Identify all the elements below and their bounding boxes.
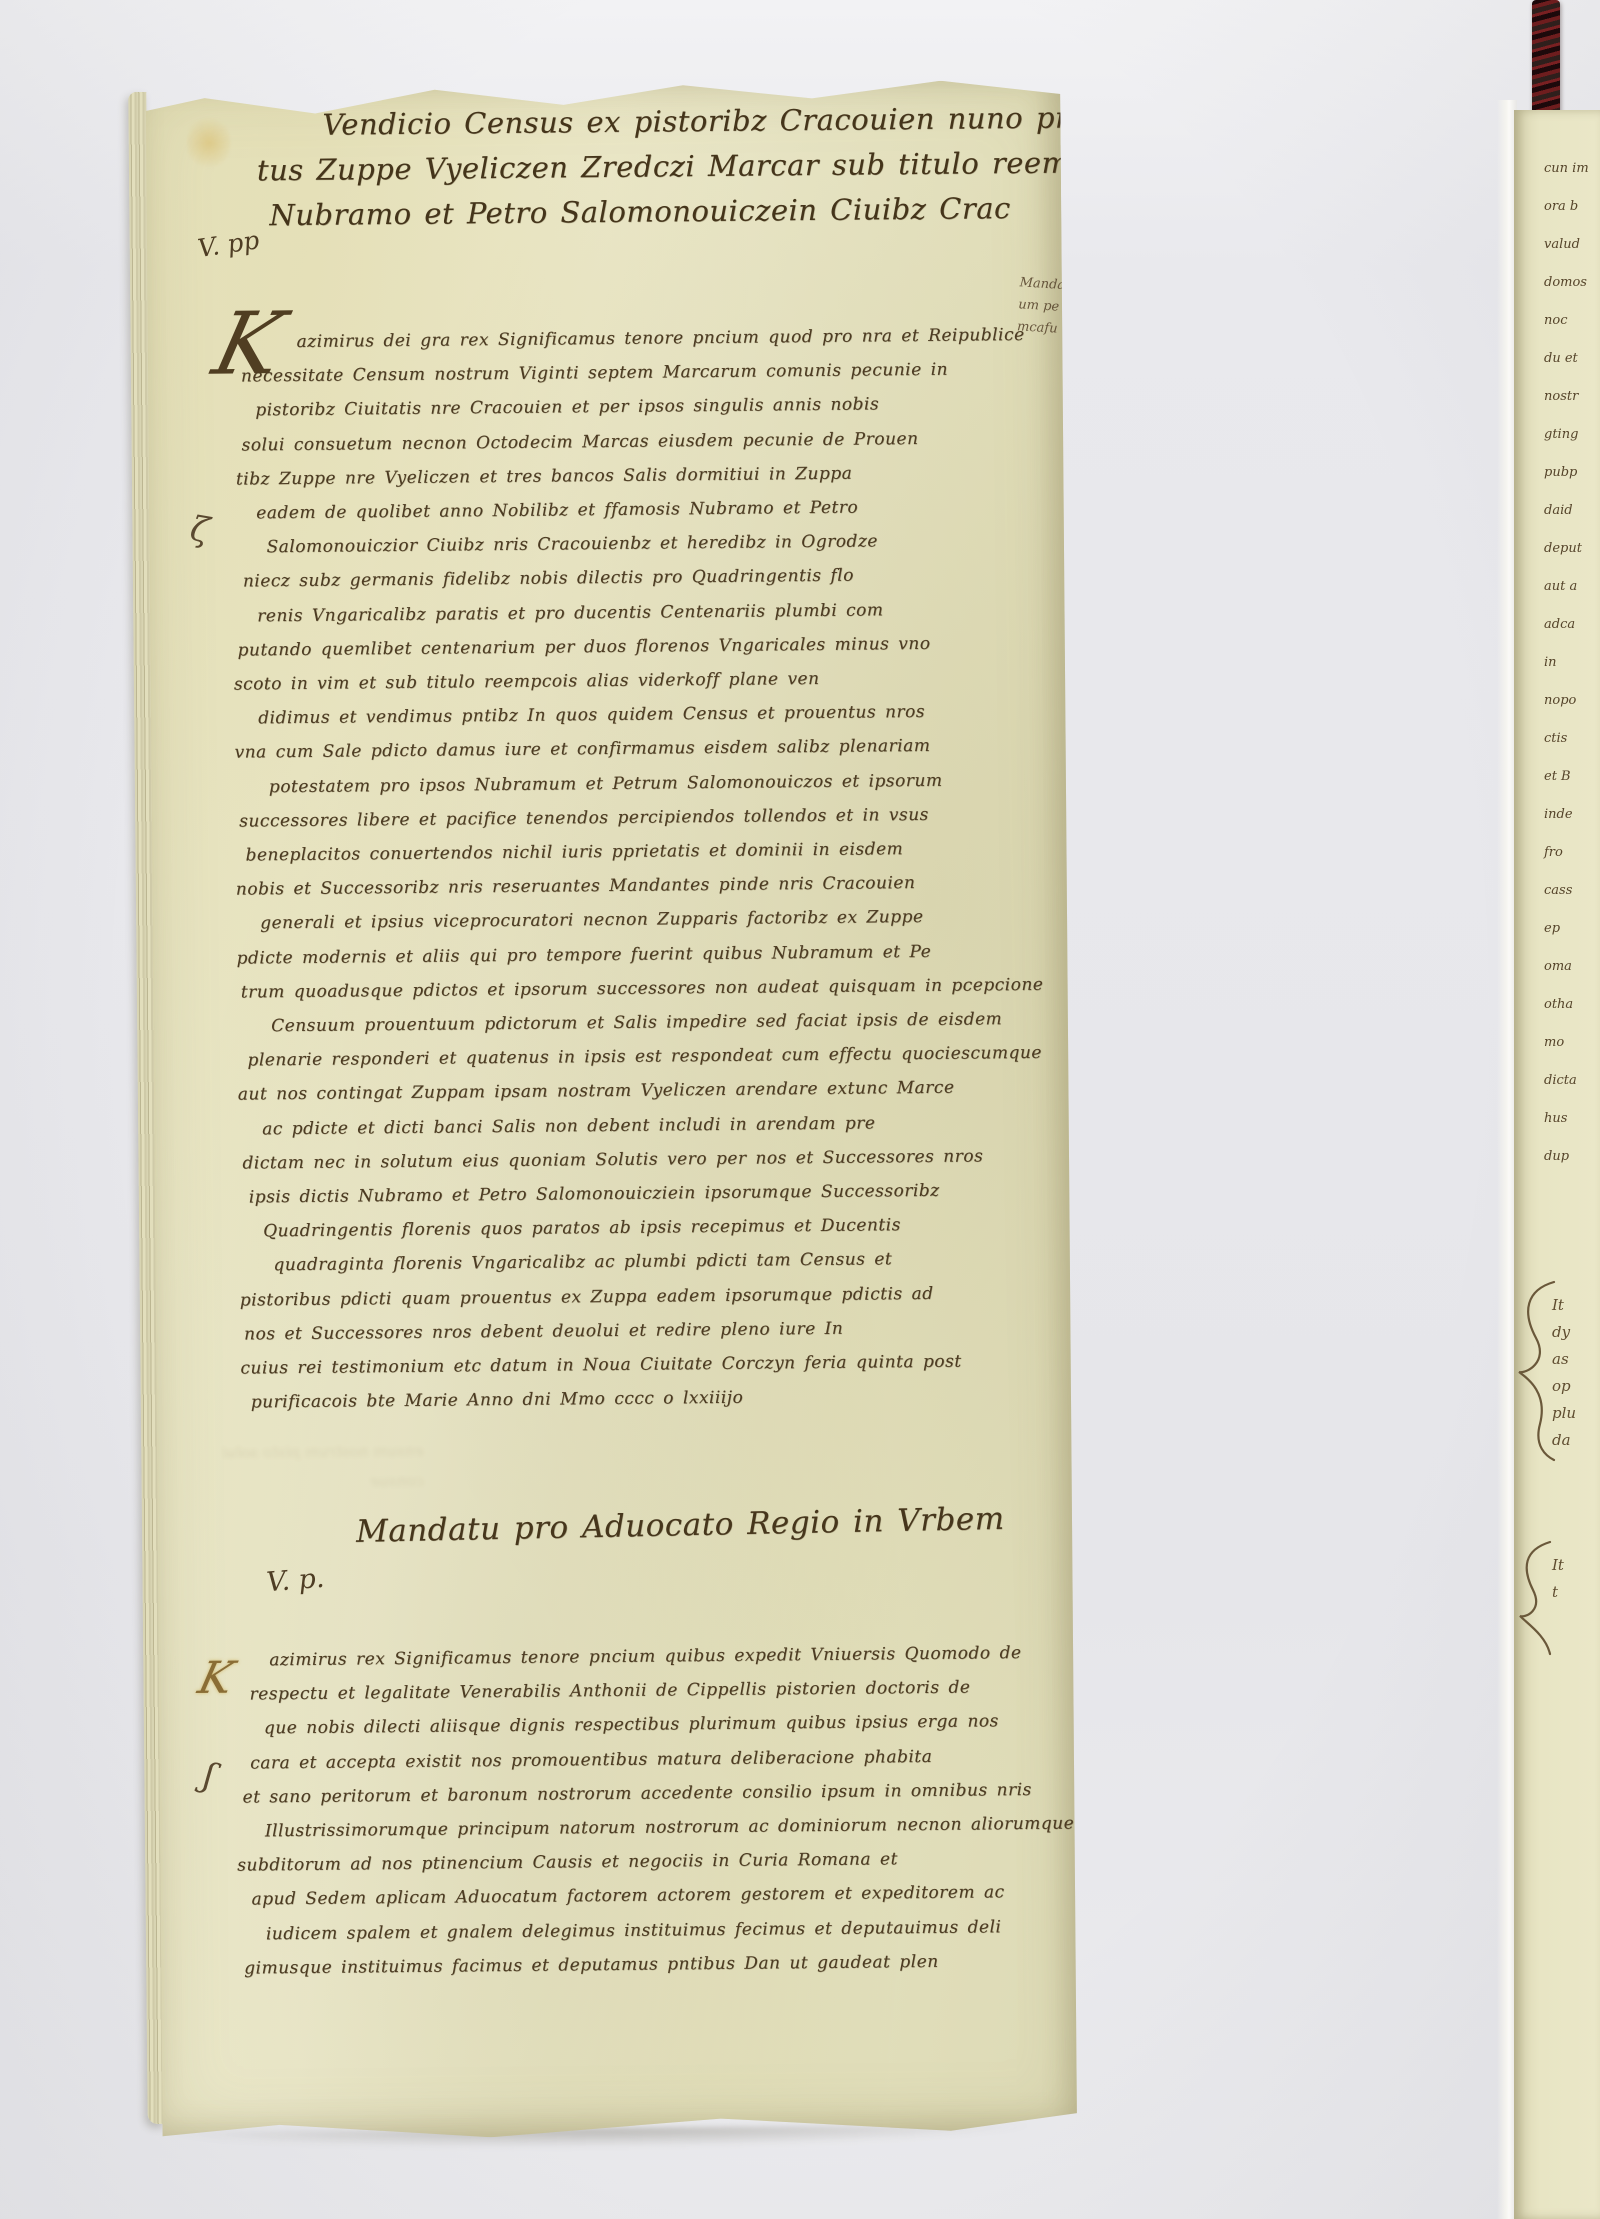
fragment-line: cass	[1544, 872, 1589, 910]
fragment-line: adca	[1544, 606, 1589, 644]
margin-mark-top: V. pp	[196, 225, 261, 263]
body-paragraph-2: azimirus rex Significamus tenore pncium …	[235, 1636, 1068, 1986]
fragment-line: du et	[1544, 340, 1589, 378]
fragment-line: hus	[1544, 1100, 1589, 1138]
document-heading: Vendicio Census ex pistoribz Cracouien n…	[210, 96, 1051, 239]
bracket-note-line: It	[1552, 1292, 1576, 1319]
fragment-line: noc	[1544, 302, 1589, 340]
bracket-note-line: as	[1552, 1346, 1576, 1373]
fragment-line: in	[1544, 644, 1589, 682]
fragment-line: et B	[1544, 758, 1589, 796]
bracket-note-line: op	[1552, 1373, 1576, 1400]
fragment-line: valud	[1544, 226, 1589, 264]
body-paragraph-1: azimirus dei gra rex Significamus tenore…	[230, 318, 1056, 1420]
fragment-line: ep	[1544, 910, 1589, 948]
fragment-line: pubp	[1544, 454, 1589, 492]
heading-line: Vendicio Census ex pistoribz Cracouien n…	[322, 96, 1050, 148]
fragment-line: ctis	[1544, 720, 1589, 758]
margin-flourish-1: ζ	[187, 509, 212, 551]
manuscript-page: Vendicio Census ex pistoribz Cracouien n…	[140, 80, 1080, 2141]
bracket-note-line: plu	[1552, 1400, 1576, 1427]
binding-tape	[1532, 0, 1560, 124]
section-heading: Mandatu pro Aduocato Regio in Vrbem	[356, 1501, 1005, 1550]
fragment-line: aut a	[1544, 568, 1589, 606]
bracket-note-line: t	[1552, 1579, 1564, 1606]
bracket-note-line: da	[1552, 1427, 1576, 1454]
fragment-line: fro	[1544, 834, 1589, 872]
bracket-flourish-icon	[1516, 1538, 1552, 1658]
bracket-note-line: dy	[1552, 1319, 1576, 1346]
facing-page-sliver: cun imora bvaluddomosnocdu etnostrgtingp…	[1514, 110, 1600, 2219]
fragment-line: daid	[1544, 492, 1589, 530]
fragment-line: domos	[1544, 264, 1589, 302]
margin-mark-mid: V. p.	[265, 1563, 325, 1598]
fragment-line: nostr	[1544, 378, 1589, 416]
fragment-line: cun im	[1544, 150, 1589, 188]
text-line: purificacois bte Marie Anno dni Mmo cccc…	[251, 1378, 1057, 1420]
fragment-line: mo	[1544, 1024, 1589, 1062]
fragment-line: oma	[1544, 948, 1589, 986]
bracket-note-line: It	[1552, 1552, 1564, 1579]
heading-line: Nubramo et Petro Salomonouiczein Ciuibz …	[269, 186, 1051, 239]
margin-flourish-2: ʃ	[200, 1755, 218, 1796]
fragment-line: dicta	[1544, 1062, 1589, 1100]
fragment-line: deput	[1544, 530, 1589, 568]
heading-line: tus Zuppe Vyeliczen Zredczi Marcar sub t…	[257, 141, 1051, 194]
ink-bleedthrough: ensum nostrum pisto solui consue	[183, 1436, 424, 1498]
fragment-line: gting	[1544, 416, 1589, 454]
facing-page-text-fragments: cun imora bvaluddomosnocdu etnostrgtingp…	[1544, 150, 1589, 1176]
bracket-flourish-icon	[1516, 1278, 1556, 1463]
marginal-note-line: mcafu	[1016, 316, 1068, 341]
fragment-line: inde	[1544, 796, 1589, 834]
text-line: gimusque instituimus facimus et deputamu…	[244, 1943, 1068, 1985]
fragment-line: otha	[1544, 986, 1589, 1024]
fragment-line: nopo	[1544, 682, 1589, 720]
fragment-line: ora b	[1544, 188, 1589, 226]
marginal-note-line: um pe	[1018, 294, 1070, 319]
fragment-line: dup	[1544, 1138, 1589, 1176]
